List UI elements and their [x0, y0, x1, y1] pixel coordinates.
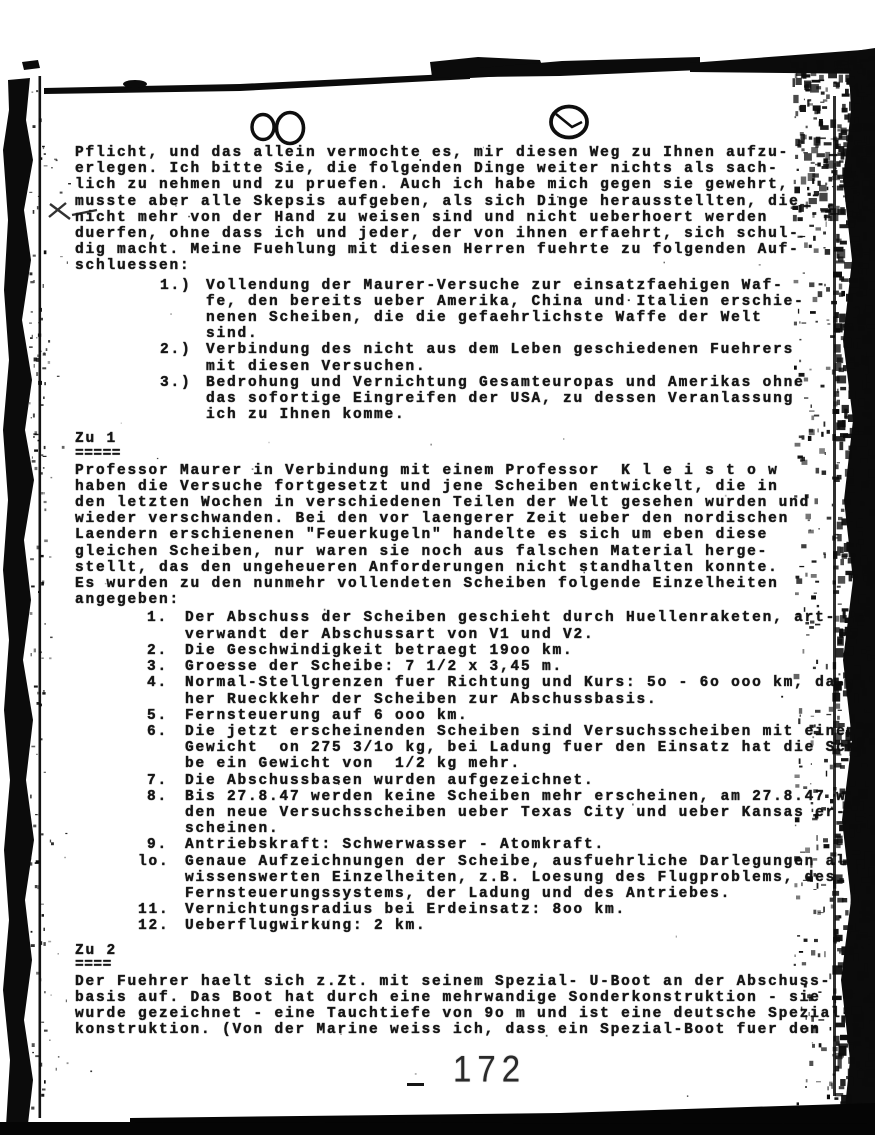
- section-underline: ====: [75, 959, 837, 972]
- text-line: wurde gezeichnet - eine Tauchtiefe von 9…: [75, 1006, 837, 1022]
- text-line: ich zu Ihnen komme.: [206, 407, 837, 423]
- list-item-number: 5.: [138, 708, 168, 724]
- scan-edge-bottom: [0, 1103, 875, 1135]
- details-list: 1.Der Abschuss der Scheiben geschieht du…: [75, 610, 837, 934]
- list-item: 3.)Bedrohung und Vernichtung Gesamteurop…: [160, 375, 837, 424]
- text-line: scheinen.: [185, 821, 875, 837]
- text-line: Genaue Aufzeichnungen der Scheibe, ausfu…: [185, 854, 875, 870]
- section-underline: =====: [75, 448, 837, 461]
- list-item-text: Normal-Stellgrenzen fuer Richtung und Ku…: [185, 675, 847, 707]
- list-item-number: 1.): [160, 278, 206, 343]
- list-item-number: 2.: [138, 643, 168, 659]
- section-title: Zu 2: [75, 943, 837, 959]
- scan-edge-top: [22, 49, 875, 94]
- scanned-page: Pflicht, und das allein vermochte es, mi…: [0, 0, 875, 1135]
- text-line: Normal-Stellgrenzen fuer Richtung und Ku…: [185, 675, 847, 691]
- list-item-text: Vernichtungsradius bei Erdeinsatz: 8oo k…: [185, 902, 837, 918]
- list-item: 1.Der Abschuss der Scheiben geschieht du…: [138, 610, 837, 642]
- list-item-text: Fernsteuerung auf 6 ooo km.: [185, 708, 837, 724]
- list-item: 2.)Verbindung des nicht aus dem Leben ge…: [160, 342, 837, 374]
- list-item-number: 3.): [160, 375, 206, 424]
- text-line: Groesse der Scheibe: 7 1/2 x 3,45 m.: [185, 659, 837, 675]
- text-line: Bedrohung und Vernichtung Gesamteuropas …: [206, 375, 837, 391]
- list-item: 7.Die Abschussbasen wurden aufgezeichnet…: [138, 773, 837, 789]
- text-line: erlegen. Ich bitte Sie, die folgenden Di…: [75, 161, 837, 177]
- list-item-text: Bedrohung und Vernichtung Gesamteuropas …: [206, 375, 837, 424]
- scan-edge-left: [3, 76, 41, 1126]
- list-item-text: Die jetzt erscheinenden Scheiben sind Ve…: [185, 724, 875, 773]
- list-item-number: 4.: [138, 675, 168, 707]
- text-line: stellt, das den ungeheueren Anforderunge…: [75, 560, 837, 576]
- text-line: mit diesen Versuchen.: [206, 359, 837, 375]
- list-item-text: Vollendung der Maurer-Versuche zur einsa…: [206, 278, 837, 343]
- list-item: 8.Bis 27.8.47 werden keine Scheiben mehr…: [138, 789, 837, 838]
- text-line: Der Fuehrer haelt sich z.Zt. mit seinem …: [75, 974, 837, 990]
- text-line: Vernichtungsradius bei Erdeinsatz: 8oo k…: [185, 902, 837, 918]
- text-line: konstruktion. (Von der Marine weiss ich,…: [75, 1022, 837, 1038]
- text-line: schluessen:: [75, 258, 837, 274]
- text-line: her Rueckkehr der Scheiben zur Abschussb…: [185, 692, 847, 708]
- list-item: 9.Antriebskraft: Schwerwasser - Atomkraf…: [138, 837, 837, 853]
- section-heading-zu2: Zu 2 ====: [75, 943, 837, 972]
- list-item-text: Verbindung des nicht aus dem Leben gesch…: [206, 342, 837, 374]
- text-line: lich zu nehmen und zu pruefen. Auch ich …: [75, 177, 837, 193]
- text-line: duerfen, ohne dass ich und jeder, der vo…: [75, 226, 837, 242]
- text-line: verwandt der Abschussart von V1 und V2.: [185, 627, 837, 643]
- text-line: den neue Versuchsscheiben ueber Texas Ci…: [185, 805, 875, 821]
- list-item-number: 1.: [138, 610, 168, 642]
- list-item-text: Antriebskraft: Schwerwasser - Atomkraft.: [185, 837, 837, 853]
- text-line: Vollendung der Maurer-Versuche zur einsa…: [206, 278, 837, 294]
- list-item-number: 11.: [138, 902, 168, 918]
- text-line: Antriebskraft: Schwerwasser - Atomkraft.: [185, 837, 837, 853]
- text-line: fe, den bereits ueber Amerika, China und…: [206, 294, 837, 310]
- list-item: 11.Vernichtungsradius bei Erdeinsatz: 8o…: [138, 902, 837, 918]
- text-line: Fernsteuerungssystems, der Ladung und de…: [185, 886, 875, 902]
- list-item-number: lo.: [138, 854, 168, 903]
- text-line: Laendern erschienenen "Feuerkugeln" hand…: [75, 527, 837, 543]
- list-item: 6.Die jetzt erscheinenden Scheiben sind …: [138, 724, 837, 773]
- text-line: Ueberflugwirkung: 2 km.: [185, 918, 837, 934]
- text-line: angegeben:: [75, 592, 837, 608]
- text-line: Fernsteuerung auf 6 ooo km.: [185, 708, 837, 724]
- text-line: nenen Scheiben, die die gefaehrlichste W…: [206, 310, 837, 326]
- list-item-text: Die Abschussbasen wurden aufgezeichnet.: [185, 773, 837, 789]
- list-item: 4.Normal-Stellgrenzen fuer Richtung und …: [138, 675, 837, 707]
- text-line: nicht mehr von der Hand zu weisen sind u…: [75, 210, 837, 226]
- list-item-number: 7.: [138, 773, 168, 789]
- text-line: Die Geschwindigkeit betraegt 19oo km.: [185, 643, 837, 659]
- scan-edge-right: [833, 48, 875, 1135]
- circular-stain: [551, 107, 587, 138]
- text-line: Pflicht, und das allein vermochte es, mi…: [75, 145, 837, 161]
- text-line: sind.: [206, 326, 837, 342]
- text-line: basis auf. Das Boot hat durch eine mehrw…: [75, 990, 837, 1006]
- list-item: lo.Genaue Aufzeichnungen der Scheibe, au…: [138, 854, 837, 903]
- list-item-text: Genaue Aufzeichnungen der Scheibe, ausfu…: [185, 854, 875, 903]
- list-item: 2.Die Geschwindigkeit betraegt 19oo km.: [138, 643, 837, 659]
- text-line: Verbindung des nicht aus dem Leben gesch…: [206, 342, 837, 358]
- section-title: Zu 1: [75, 431, 837, 447]
- list-item-text: Bis 27.8.47 werden keine Scheiben mehr e…: [185, 789, 875, 838]
- section2-paragraph: Der Fuehrer haelt sich z.Zt. mit seinem …: [75, 974, 837, 1039]
- text-line: Der Abschuss der Scheiben geschieht durc…: [185, 610, 837, 626]
- list-item-number: 12.: [138, 918, 168, 934]
- list-item: 12.Ueberflugwirkung: 2 km.: [138, 918, 837, 934]
- text-line: wieder verschwanden. Bei den vor laenger…: [75, 511, 837, 527]
- text-line: den letzten Wochen in verschiedenen Teil…: [75, 495, 837, 511]
- list-item: 5.Fernsteuerung auf 6 ooo km.: [138, 708, 837, 724]
- text-line: be ein Gewicht von 1/2 kg mehr.: [185, 756, 875, 772]
- text-line: gleichen Scheiben, nur waren sie noch au…: [75, 544, 837, 560]
- list-item: 3.Groesse der Scheibe: 7 1/2 x 3,45 m.: [138, 659, 837, 675]
- text-line: Die jetzt erscheinenden Scheiben sind Ve…: [185, 724, 875, 740]
- text-line: Die Abschussbasen wurden aufgezeichnet.: [185, 773, 837, 789]
- list-item-text: Ueberflugwirkung: 2 km.: [185, 918, 837, 934]
- list-item-number: 2.): [160, 342, 206, 374]
- text-line: Bis 27.8.47 werden keine Scheiben mehr e…: [185, 789, 875, 805]
- list-item-number: 3.: [138, 659, 168, 675]
- conclusions-list: 1.)Vollendung der Maurer-Versuche zur ei…: [75, 278, 837, 424]
- text-line: Gewicht on 275 3/1o kg, bei Ladung fuer …: [185, 740, 875, 756]
- list-item-number: 8.: [138, 789, 168, 838]
- section-heading-zu1: Zu 1 =====: [75, 431, 837, 460]
- list-item-text: Der Abschuss der Scheiben geschieht durc…: [185, 610, 837, 642]
- text-line: das sofortige Eingreifen der USA, zu des…: [206, 391, 837, 407]
- hole-punch-marks: [252, 113, 304, 144]
- list-item-number: 9.: [138, 837, 168, 853]
- text-line: Professor Maurer in Verbindung mit einem…: [75, 463, 837, 479]
- section1-paragraph: Professor Maurer in Verbindung mit einem…: [75, 463, 837, 609]
- list-item-text: Groesse der Scheibe: 7 1/2 x 3,45 m.: [185, 659, 837, 675]
- text-line: haben die Versuche fortgesetzt und jene …: [75, 479, 837, 495]
- document-text: Pflicht, und das allein vermochte es, mi…: [75, 145, 837, 1039]
- text-line: wissenswerten Einzelheiten, z.B. Loesung…: [185, 870, 875, 886]
- list-item: 1.)Vollendung der Maurer-Versuche zur ei…: [160, 278, 837, 343]
- text-line: Es wurden zu den nunmehr vollendeten Sch…: [75, 576, 837, 592]
- underscore-mark: [407, 1083, 424, 1086]
- page-number: 172: [453, 1048, 526, 1091]
- intro-paragraph: Pflicht, und das allein vermochte es, mi…: [75, 145, 837, 275]
- list-item-text: Die Geschwindigkeit betraegt 19oo km.: [185, 643, 837, 659]
- list-item-number: 6.: [138, 724, 168, 773]
- text-line: dig macht. Meine Fuehlung mit diesen Her…: [75, 242, 837, 258]
- text-line: musste aber alle Skepsis aufgeben, als s…: [75, 194, 837, 210]
